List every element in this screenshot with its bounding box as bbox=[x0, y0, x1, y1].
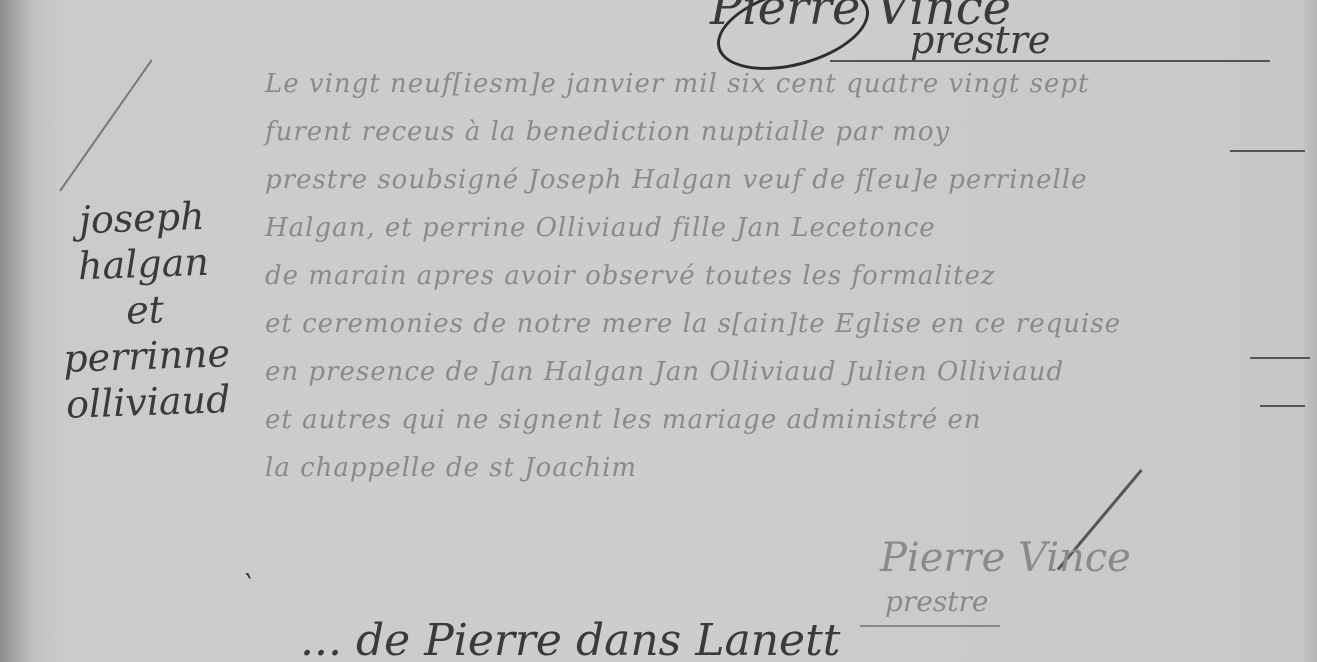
line-filler-dash bbox=[1260, 405, 1305, 407]
entry-line: Le vingt neuf[iesm]e janvier mil six cen… bbox=[265, 60, 1305, 108]
entry-line: et ceremonies de notre mere la s[ain]te … bbox=[265, 300, 1305, 348]
page-edge bbox=[1303, 0, 1317, 662]
entry-body: Le vingt neuf[iesm]e janvier mil six cen… bbox=[265, 60, 1305, 492]
next-entry-fragment: ... de Pierre dans Lanett bbox=[300, 615, 1310, 662]
register-page: Pierre Vince prestre joseph halgan et pe… bbox=[0, 0, 1317, 662]
margin-line: joseph bbox=[36, 191, 247, 244]
entry-line: la chappelle de st Joachim bbox=[265, 444, 1305, 492]
entry-line: Halgan, et perrine Olliviaud fille Jan L… bbox=[265, 204, 1305, 252]
bottom-signature-name: Pierre Vince bbox=[880, 535, 1131, 581]
entry-line: en presence de Jan Halgan Jan Olliviaud … bbox=[265, 348, 1305, 396]
entry-line: de marain apres avoir observé toutes les… bbox=[265, 252, 1305, 300]
margin-line: et bbox=[39, 283, 250, 336]
entry-line: furent receus à la benediction nuptialle… bbox=[265, 108, 1305, 156]
entry-line: prestre soubsigné Joseph Halgan veuf de … bbox=[265, 156, 1305, 204]
entry-line: et autres qui ne signent les mariage adm… bbox=[265, 396, 1305, 444]
margin-note: joseph halgan et perrinne olliviaud bbox=[36, 191, 254, 428]
margin-line: halgan bbox=[38, 237, 249, 290]
margin-line: olliviaud bbox=[42, 375, 253, 428]
margin-line: perrinne bbox=[41, 329, 252, 382]
stray-ink-mark: ˋ bbox=[240, 570, 255, 605]
top-signature-title: prestre bbox=[910, 18, 1050, 62]
line-filler-dash bbox=[1230, 150, 1305, 152]
margin-strike-line bbox=[59, 59, 152, 191]
line-filler-dash bbox=[1250, 357, 1310, 359]
bottom-signature-title: prestre bbox=[885, 585, 988, 618]
